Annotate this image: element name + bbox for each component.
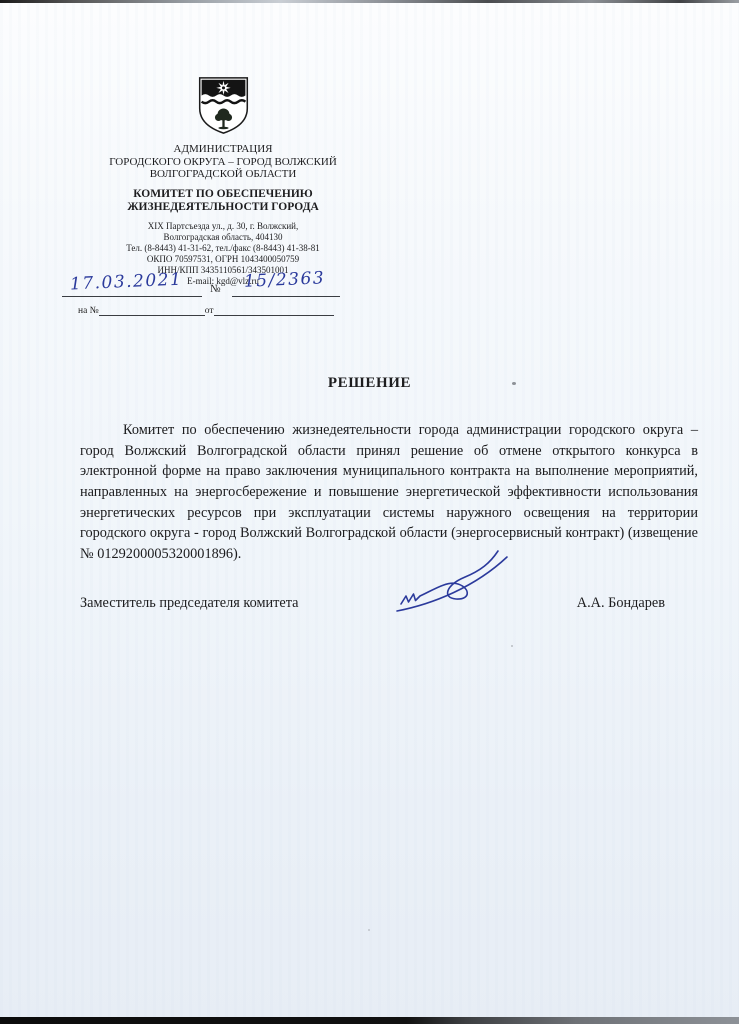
- phone-line: Тел. (8-8443) 41-31-62, тел./факс (8-844…: [58, 243, 388, 254]
- committee-name: КОМИТЕТ ПО ОБЕСПЕЧЕНИЮ ЖИЗНЕДЕЯТЕЛЬНОСТИ…: [58, 188, 388, 214]
- organization-name: АДМИНИСТРАЦИЯ ГОРОДСКОГО ОКРУГА – ГОРОД …: [58, 143, 388, 181]
- ref-na-underline: [99, 303, 205, 316]
- scan-edge-top: [0, 0, 739, 3]
- volzhsky-coat-of-arms-icon: [196, 76, 251, 135]
- handwritten-number: 15/2363: [244, 268, 326, 292]
- scan-speck: [512, 382, 516, 385]
- ref-ot-underline: [214, 303, 334, 316]
- signer-position: Заместитель председателя комитета: [80, 595, 299, 612]
- handwritten-date: 17.03.2021: [70, 270, 183, 295]
- committee-line: ЖИЗНЕДЕЯТЕЛЬНОСТИ ГОРОДА: [58, 201, 388, 214]
- ref-na-label: на №: [78, 306, 99, 316]
- reference-row: на № от: [78, 303, 334, 316]
- scanned-document-page: АДМИНИСТРАЦИЯ ГОРОДСКОГО ОКРУГА – ГОРОД …: [0, 0, 739, 1024]
- ref-ot-label: от: [205, 306, 214, 316]
- signature-row: Заместитель председателя комитета А.А. Б…: [80, 595, 665, 612]
- letterhead: АДМИНИСТРАЦИЯ ГОРОДСКОГО ОКРУГА – ГОРОД …: [58, 76, 388, 287]
- body-paragraph: Комитет по обеспечению жизнедеятельности…: [80, 420, 698, 564]
- org-line: АДМИНИСТРАЦИЯ: [58, 143, 388, 156]
- signer-name: А.А. Бондарев: [577, 595, 665, 612]
- address-line: Волгоградская область, 404130: [58, 232, 388, 243]
- scan-edge-bottom: [0, 1017, 739, 1024]
- number-sign-label: №: [210, 283, 221, 295]
- scan-speck: [368, 929, 370, 931]
- document-title: РЕШЕНИЕ: [0, 375, 739, 392]
- date-underline: [62, 295, 202, 297]
- scan-speck: [511, 645, 513, 647]
- address-line: XIX Партсъезда ул., д. 30, г. Волжский,: [58, 221, 388, 232]
- org-line: ГОРОДСКОГО ОКРУГА – ГОРОД ВОЛЖСКИЙ: [58, 156, 388, 169]
- committee-line: КОМИТЕТ ПО ОБЕСПЕЧЕНИЮ: [58, 188, 388, 201]
- org-line: ВОЛГОГРАДСКОЙ ОБЛАСТИ: [58, 168, 388, 181]
- number-underline: [232, 295, 340, 297]
- okpo-ogrn-line: ОКПО 70597531, ОГРН 1043400050759: [58, 254, 388, 265]
